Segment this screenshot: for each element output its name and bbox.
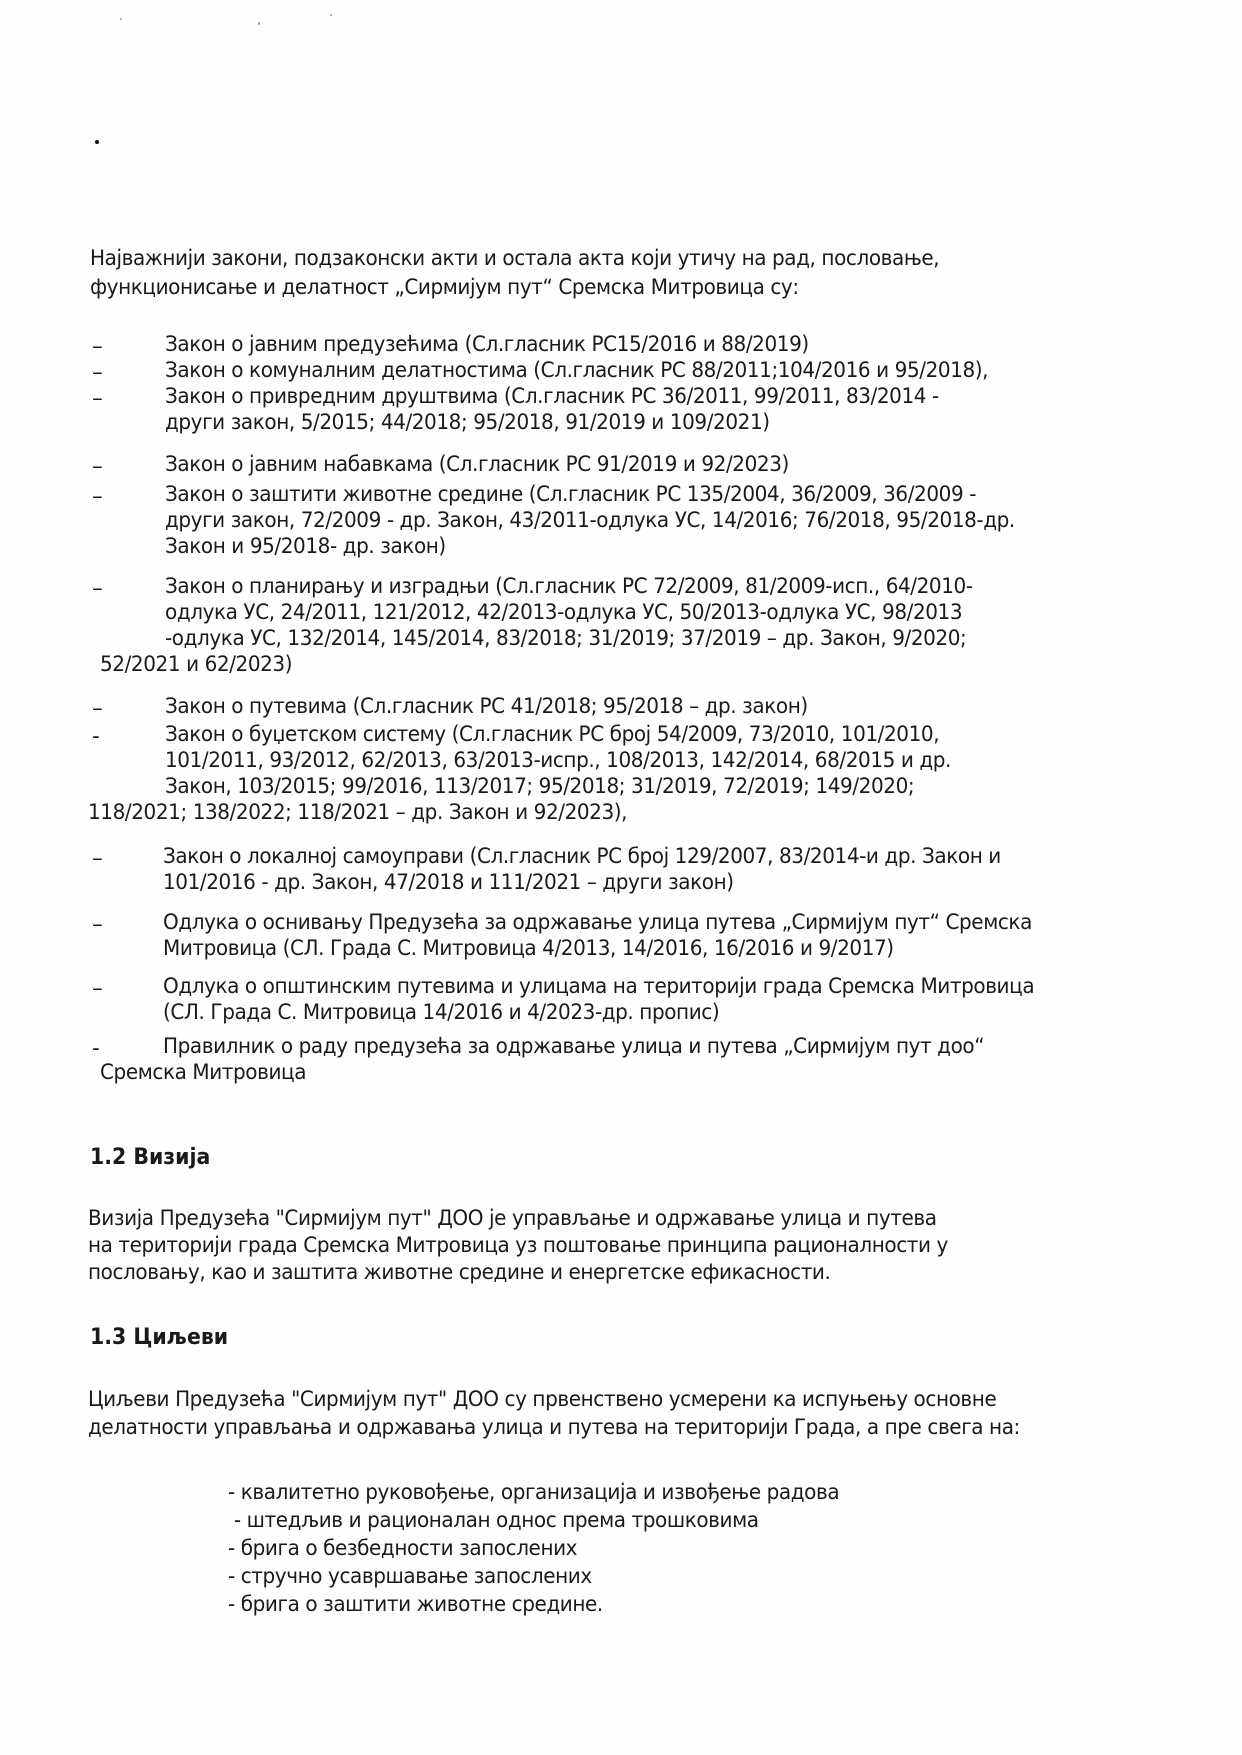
law-item-cont: 101/2016 - др. Закон, 47/2018 и 111/2021… [163, 870, 734, 896]
stray-dot [95, 140, 99, 144]
list-dash: – [92, 912, 103, 938]
list-dash: – [92, 976, 103, 1002]
list-dash: – [92, 334, 103, 360]
law-item-cont: Сремска Митровица [100, 1060, 306, 1086]
law-item: Правилник о раду предузећа за одржавање … [163, 1034, 984, 1060]
scan-speck [330, 14, 332, 16]
list-dash: – [92, 454, 103, 480]
goal-item: - квалитетно руковођење, организација и … [228, 1480, 839, 1506]
law-item-cont: (СЛ. Града С. Митровица 14/2016 и 4/2023… [163, 1000, 719, 1026]
goals-line: Циљеви Предузећа "Сирмијум пут" ДОО су п… [88, 1387, 996, 1413]
list-dash: – [92, 576, 103, 602]
law-item-cont: 118/2021; 138/2022; 118/2021 – др. Закон… [88, 800, 627, 826]
law-item: Закон о локалној самоуправи (Сл.гласник … [163, 844, 1001, 870]
intro-line: функционисање и делатност „Сирмијум пут“… [90, 275, 799, 301]
scan-speck [120, 18, 122, 20]
list-dash: – [92, 484, 103, 510]
law-item-cont: други закон, 72/2009 - др. Закон, 43/201… [165, 508, 1015, 534]
law-item-cont: 101/2011, 93/2012, 62/2013, 63/2013-испр… [165, 748, 951, 774]
law-item-cont: Закон, 103/2015; 99/2016, 113/2017; 95/2… [165, 774, 914, 800]
list-dash: – [92, 360, 103, 386]
scan-speck [258, 22, 260, 25]
document-page: Најважнији закони, подзаконски акти и ос… [0, 0, 1242, 1755]
law-item-cont: Закон и 95/2018- др. закон) [165, 534, 446, 560]
law-item: Закон о путевима (Сл.гласник РС 41/2018;… [165, 694, 808, 720]
law-item: Закон о планирању и изградњи (Сл.гласник… [165, 574, 973, 600]
vision-line: на територији града Сремска Митровица уз… [88, 1233, 948, 1259]
list-dash: – [92, 386, 103, 412]
section-heading-goals: 1.3 Циљеви [90, 1325, 228, 1351]
goals-line: делатности управљања и одржавања улица и… [88, 1415, 1020, 1441]
vision-line: пословању, као и заштита животне средине… [88, 1260, 830, 1286]
goal-item: - стручно усавршавање запослених [228, 1564, 592, 1590]
law-item: Закон о комуналним делатностима (Сл.глас… [165, 358, 988, 384]
law-item-cont: одлука УС, 24/2011, 121/2012, 42/2013-од… [165, 600, 962, 626]
vision-line: Визија Предузећа "Сирмијум пут" ДОО је у… [88, 1206, 937, 1232]
law-item: Закон о јавним набавкама (Сл.гласник РС … [165, 452, 789, 478]
intro-line: Најважнији закони, подзаконски акти и ос… [90, 246, 939, 272]
law-item-cont: -одлука УС, 132/2014, 145/2014, 83/2018;… [165, 626, 966, 652]
goal-item: - штедљив и рационалан однос према трошк… [228, 1508, 759, 1534]
list-dash: – [92, 696, 103, 722]
goal-item: - брига о безбедности запослених [228, 1536, 577, 1562]
law-item: Закон о јавним предузећима (Сл.гласник Р… [165, 332, 809, 358]
law-item: Закон о буџетском систему (Сл.гласник РС… [165, 722, 939, 748]
goal-item: - брига о заштити животне средине. [228, 1592, 603, 1618]
law-item: Одлука о општинским путевима и улицама н… [163, 974, 1034, 1000]
law-item-cont: други закон, 5/2015; 44/2018; 95/2018, 9… [165, 410, 770, 436]
law-item-cont: Митровица (СЛ. Града С. Митровица 4/2013… [163, 936, 894, 962]
list-dash: – [92, 846, 103, 872]
list-dash: - [92, 724, 100, 750]
law-item: Закон о заштити животне средине (Сл.глас… [165, 482, 976, 508]
law-item-cont: 52/2021 и 62/2023) [100, 652, 292, 678]
law-item: Закон о привредним друштвима (Сл.гласник… [165, 384, 939, 410]
section-heading-vision: 1.2 Визија [90, 1145, 210, 1171]
law-item: Одлука о оснивању Предузећа за одржавање… [163, 910, 1032, 936]
list-dash: - [92, 1036, 100, 1062]
